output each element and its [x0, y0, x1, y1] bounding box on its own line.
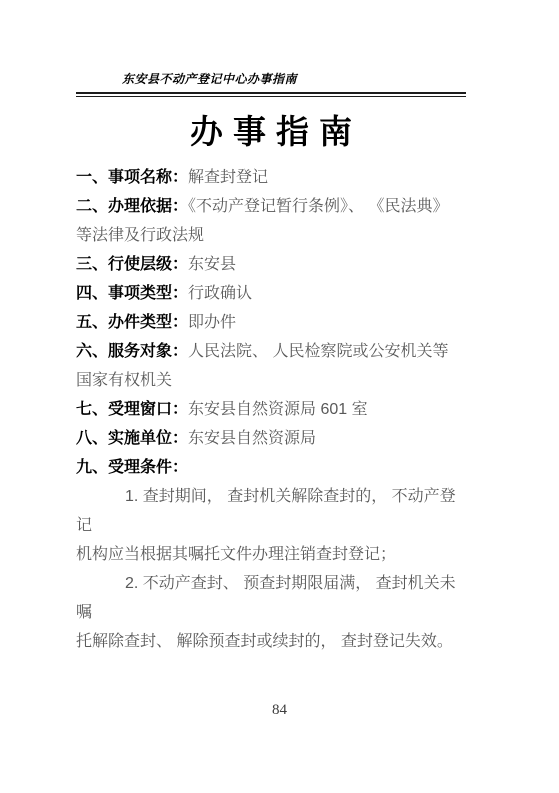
item-label: 一、事项名称：	[76, 169, 188, 186]
item-value: 东安县自然资源局	[188, 430, 316, 447]
page-content: 东安县不动产登记中心办事指南 办事指南 一、事项名称：解查封登记 二、办理依据：…	[76, 70, 466, 656]
guide-item: 八、实施单位：东安县自然资源局	[76, 424, 466, 453]
guide-item: 九、受理条件：	[76, 453, 466, 482]
item-label: 三、行使层级：	[76, 256, 188, 273]
item-label: 八、实施单位：	[76, 430, 188, 447]
item-value: 东安县自然资源局 601 室	[188, 401, 368, 418]
item-label: 九、受理条件：	[76, 459, 188, 476]
guide-item: 五、办件类型：即办件	[76, 308, 466, 337]
item-label: 四、事项类型：	[76, 285, 188, 302]
item-value: 即办件	[188, 314, 236, 331]
condition-paragraph: 1. 查封期间， 查封机关解除查封的， 不动产登记 机构应当根据其嘱托文件办理注…	[76, 482, 466, 569]
guide-item: 七、受理窗口：东安县自然资源局 601 室	[76, 395, 466, 424]
item-value: 解查封登记	[188, 169, 268, 186]
document-page: 东安县不动产登记中心办事指南 办事指南 一、事项名称：解查封登记 二、办理依据：…	[0, 0, 559, 793]
item-label: 六、服务对象：	[76, 343, 188, 360]
guide-item: 二、办理依据：《不动产登记暂行条例》、 《民法典》 等法律及行政法规	[76, 192, 466, 250]
item-value: 东安县	[188, 256, 236, 273]
item-label: 七、受理窗口：	[76, 401, 188, 418]
page-title: 办事指南	[76, 110, 466, 154]
item-label: 五、办件类型：	[76, 314, 188, 331]
header-double-rule	[76, 92, 466, 97]
running-header: 东安县不动产登记中心办事指南	[122, 70, 466, 87]
item-value: 行政确认	[188, 285, 252, 302]
guide-item: 一、事项名称：解查封登记	[76, 163, 466, 192]
guide-item: 六、服务对象：人民法院、 人民检察院或公安机关等 国家有权机关	[76, 337, 466, 395]
item-label: 二、办理依据：	[76, 198, 188, 215]
guide-item: 四、事项类型：行政确认	[76, 279, 466, 308]
condition-paragraph: 2. 不动产查封、 预查封期限届满， 查封机关未嘱 托解除查封、 解除预查封或续…	[76, 569, 466, 656]
page-number: 84	[0, 702, 559, 719]
guide-body: 一、事项名称：解查封登记 二、办理依据：《不动产登记暂行条例》、 《民法典》 等…	[76, 163, 466, 656]
guide-item: 三、行使层级：东安县	[76, 250, 466, 279]
